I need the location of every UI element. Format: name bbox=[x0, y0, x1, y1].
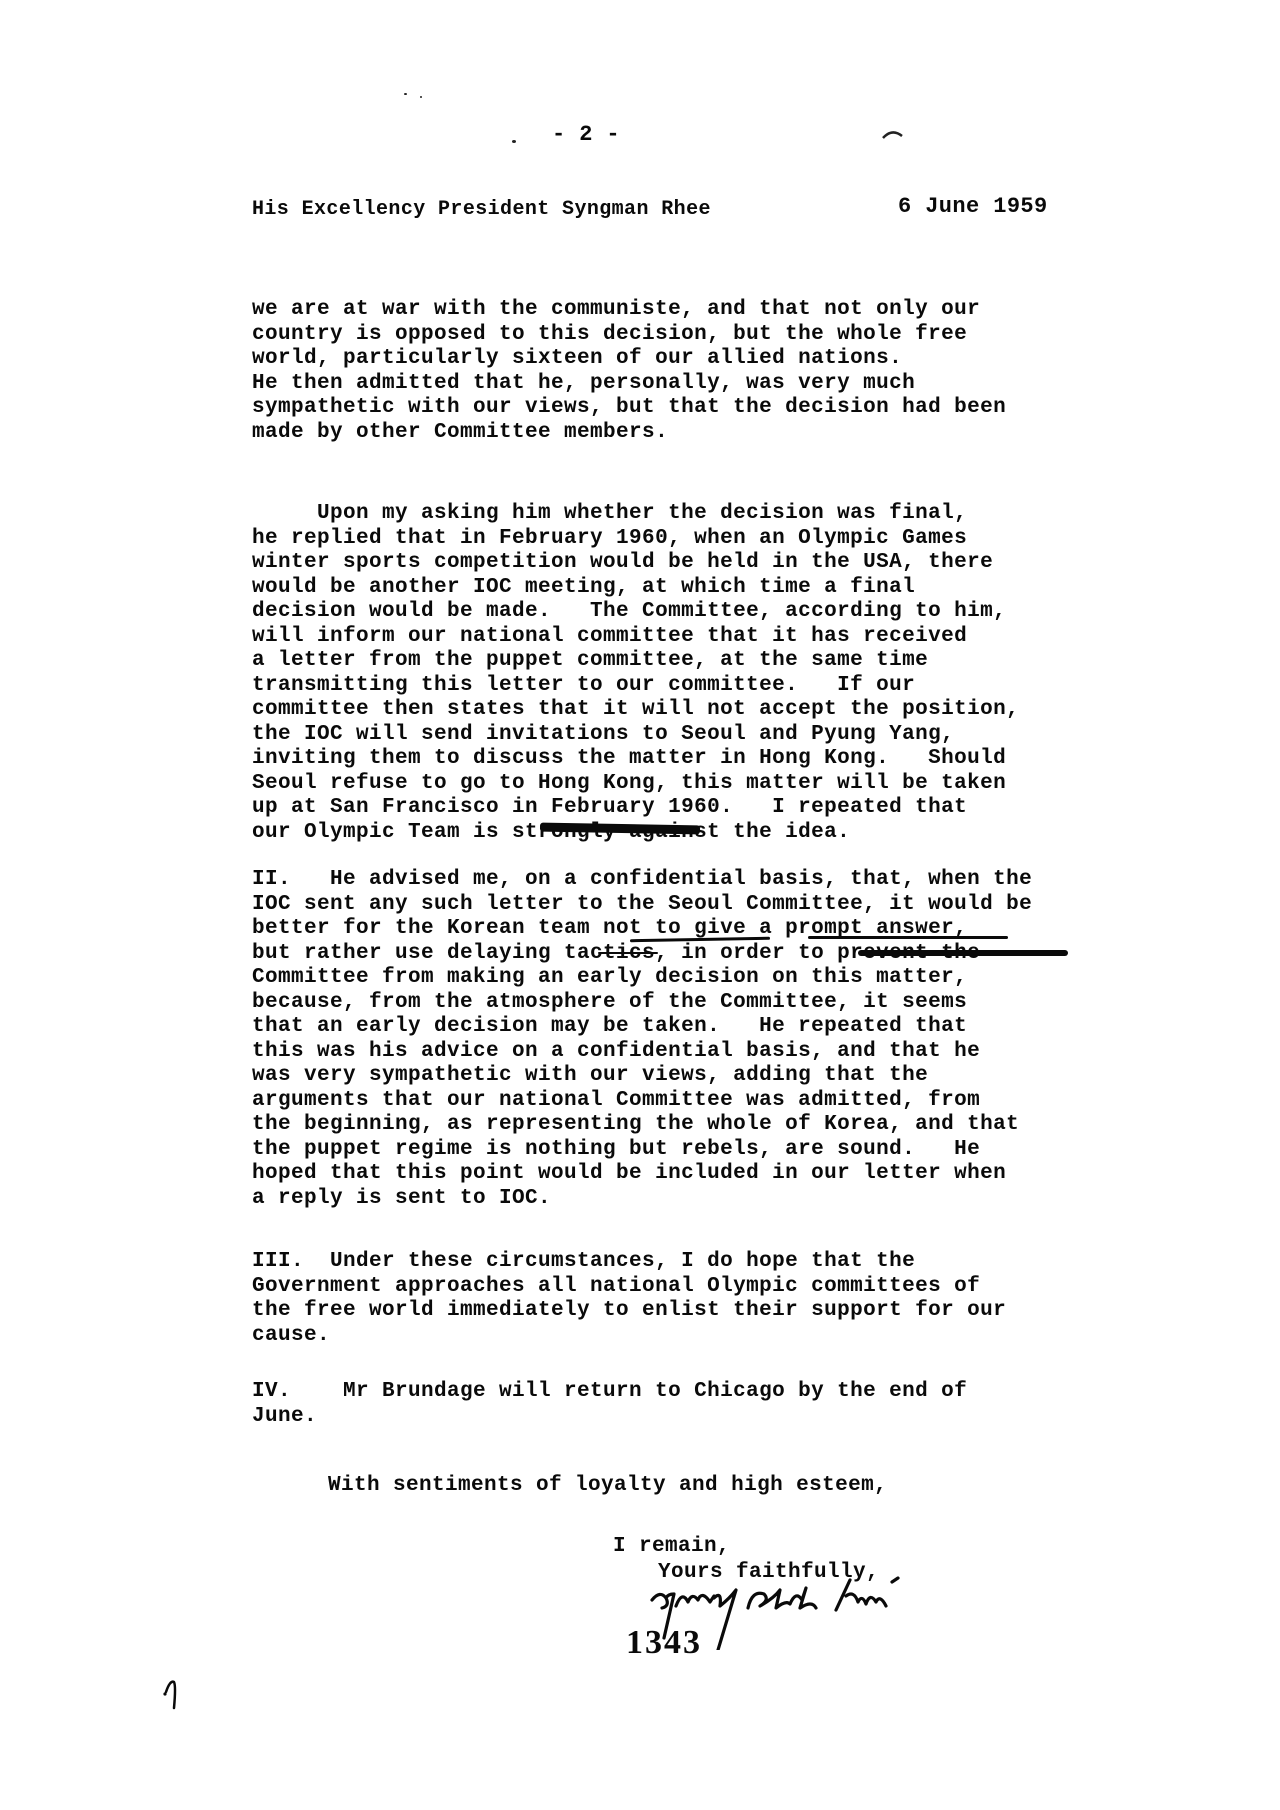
text-line: Upon my asking him whether the decision … bbox=[252, 502, 1019, 527]
text-line: hoped that this point would be included … bbox=[252, 1162, 1032, 1187]
text-line: III. Under these circumstances, I do hop… bbox=[252, 1250, 1006, 1275]
text-line: a reply is sent to IOC. bbox=[252, 1187, 1032, 1212]
letter-page: - 2 - His Excellency President Syngman R… bbox=[0, 0, 1280, 1810]
handwritten-strikeout bbox=[858, 950, 1068, 956]
document-number: 1343 bbox=[626, 1624, 702, 1662]
text-line: arguments that our national Committee wa… bbox=[252, 1089, 1032, 1114]
text-line: will inform our national committee that … bbox=[252, 625, 1019, 650]
text-line: He then admitted that he, personally, wa… bbox=[252, 372, 1006, 397]
text-line: the IOC will send invitations to Seoul a… bbox=[252, 723, 1019, 748]
paragraph-section-ii: II. He advised me, on a confidential bas… bbox=[252, 868, 1032, 1211]
scan-mark-icon bbox=[880, 126, 908, 144]
text-line: Government approaches all national Olymp… bbox=[252, 1275, 1006, 1300]
text-line: world, particularly sixteen of our allie… bbox=[252, 347, 1006, 372]
page-number: - 2 - bbox=[552, 122, 620, 147]
paragraph-section-iii: III. Under these circumstances, I do hop… bbox=[252, 1250, 1006, 1348]
i-remain: I remain, bbox=[613, 1535, 730, 1558]
text-line: this was his advice on a confidential ba… bbox=[252, 1040, 1032, 1065]
text-line: because, from the atmosphere of the Comm… bbox=[252, 991, 1032, 1016]
text-line: winter sports competition would be held … bbox=[252, 551, 1019, 576]
text-line: Committee from making an early decision … bbox=[252, 966, 1032, 991]
paragraph-continuation: we are at war with the communiste, and t… bbox=[252, 298, 1006, 445]
scan-speck bbox=[512, 140, 516, 143]
text-line: June. bbox=[252, 1405, 967, 1430]
scan-speck bbox=[404, 93, 407, 95]
text-line: the puppet regime is nothing but rebels,… bbox=[252, 1138, 1032, 1163]
scan-speck bbox=[420, 96, 422, 98]
text-line: the free world immediately to enlist the… bbox=[252, 1299, 1006, 1324]
handwritten-strikeout bbox=[598, 952, 658, 954]
text-line: country is opposed to this decision, but… bbox=[252, 323, 1006, 348]
paragraph-section-iv: IV. Mr Brundage will return to Chicago b… bbox=[252, 1380, 967, 1429]
addressee-header: His Excellency President Syngman Rhee bbox=[252, 198, 711, 221]
text-line: he replied that in February 1960, when a… bbox=[252, 527, 1019, 552]
handwritten-margin-mark-icon bbox=[160, 1672, 190, 1712]
text-line: Seoul refuse to go to Hong Kong, this ma… bbox=[252, 772, 1019, 797]
text-line: a letter from the puppet committee, at t… bbox=[252, 649, 1019, 674]
letter-date: 6 June 1959 bbox=[898, 194, 1048, 219]
paragraph-decision-final: Upon my asking him whether the decision … bbox=[252, 502, 1019, 845]
text-line: decision would be made. The Committee, a… bbox=[252, 600, 1019, 625]
text-line: was very sympathetic with our views, add… bbox=[252, 1064, 1032, 1089]
text-line: IV. Mr Brundage will return to Chicago b… bbox=[252, 1380, 967, 1405]
text-line: that an early decision may be taken. He … bbox=[252, 1015, 1032, 1040]
text-line: transmitting this letter to our committe… bbox=[252, 674, 1019, 699]
text-line: up at San Francisco in February 1960. I … bbox=[252, 796, 1019, 821]
text-line: cause. bbox=[252, 1324, 1006, 1349]
text-line: would be another IOC meeting, at which t… bbox=[252, 576, 1019, 601]
text-line: made by other Committee members. bbox=[252, 421, 1006, 446]
text-line: committee then states that it will not a… bbox=[252, 698, 1019, 723]
text-line: II. He advised me, on a confidential bas… bbox=[252, 868, 1032, 893]
text-line: the beginning, as representing the whole… bbox=[252, 1113, 1032, 1138]
handwritten-underline bbox=[808, 936, 1008, 939]
closing-line: With sentiments of loyalty and high este… bbox=[328, 1474, 887, 1497]
text-line: sympathetic with our views, but that the… bbox=[252, 396, 1006, 421]
text-line: IOC sent any such letter to the Seoul Co… bbox=[252, 893, 1032, 918]
text-line: inviting them to discuss the matter in H… bbox=[252, 747, 1019, 772]
text-line: we are at war with the communiste, and t… bbox=[252, 298, 1006, 323]
